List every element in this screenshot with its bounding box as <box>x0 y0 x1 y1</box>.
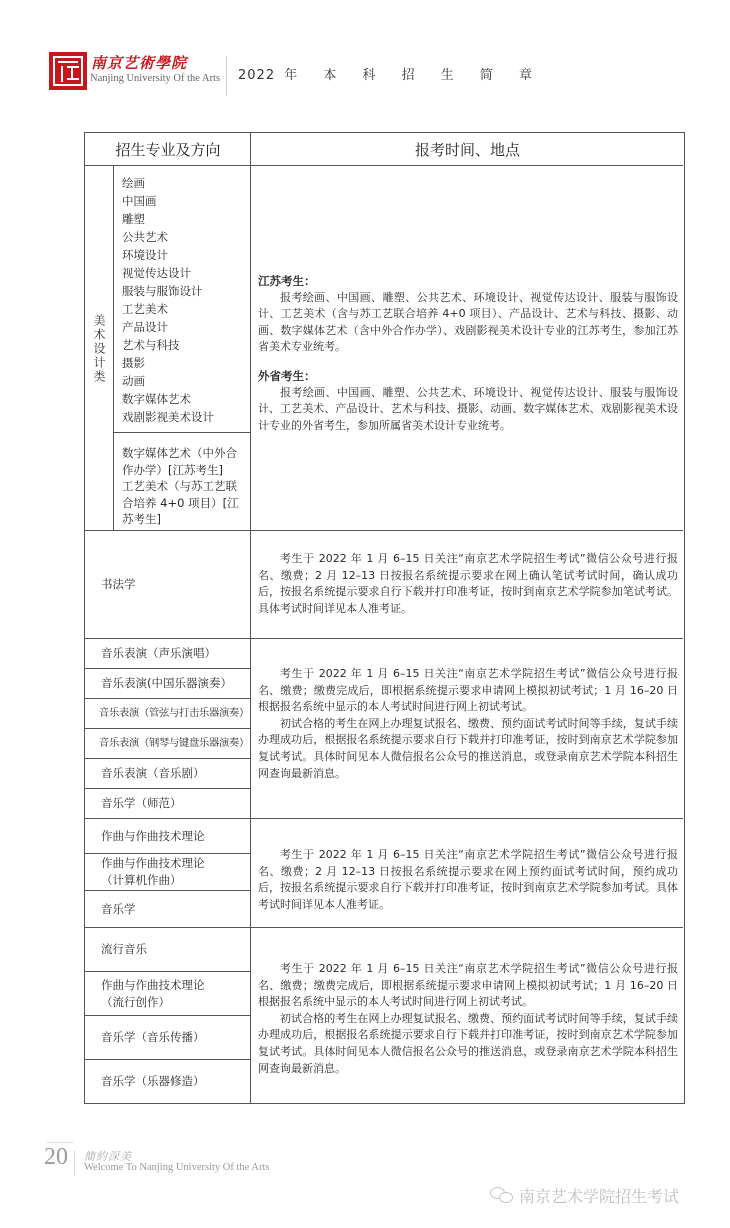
major-music-row: 音乐表演（音乐剧） <box>85 759 205 788</box>
composition-schedule-text: 考生于 2022 年 1 月 6–15 日关注“南京艺术学院招生考试”微信公众号… <box>258 847 678 913</box>
major-music-row: 音乐表演（钢琴与键盘乐器演奏） <box>85 729 249 758</box>
major-item: 产品设计 <box>122 318 248 336</box>
wechat-watermark: 南京艺术学院招生考试 <box>490 1184 679 1207</box>
major-pop-row: 音乐学（乐器修造） <box>85 1060 205 1103</box>
header-divider <box>226 56 227 96</box>
page-header: 南京艺術學院 Nanjing University Of the Arts 20… <box>0 0 730 110</box>
page-number-rule <box>47 1142 73 1143</box>
major-music-row: 音乐表演（声乐演唱） <box>85 639 216 668</box>
major-item: 视觉传达设计 <box>122 264 248 282</box>
major-item: 工艺美术 <box>122 300 248 318</box>
row-divider <box>85 165 683 166</box>
major-music-row: 音乐表演（管弦与打击乐器演奏） <box>85 699 249 728</box>
major-pop-row: 流行音乐 <box>85 928 147 971</box>
major-item: 戏剧影视美术设计 <box>122 408 248 426</box>
major-item: 动画 <box>122 372 248 390</box>
art-schedule-text: 江苏考生： 报考绘画、中国画、雕塑、公共艺术、环境设计、视觉传达设计、服装与服饰… <box>258 273 678 434</box>
footer-divider <box>74 1150 75 1176</box>
row-divider <box>85 530 683 531</box>
major-pop-row: 作曲与作曲技术理论 （流行创作） <box>85 972 205 1015</box>
column-header-schedule: 报考时间、地点 <box>251 133 684 166</box>
major-calligraphy: 书法学 <box>85 531 136 638</box>
major-item: 数字媒体艺术 <box>122 390 248 408</box>
footer-slogan-en: Welcome To Nanjing University Of the Art… <box>84 1162 269 1173</box>
wechat-icon <box>490 1187 514 1205</box>
major-item: 中国画 <box>122 192 248 210</box>
row-divider <box>113 432 250 433</box>
title-text: 年 本 科 招 生 简 章 <box>284 68 541 83</box>
other-province-text: 报考绘画、中国画、雕塑、公共艺术、环境设计、视觉传达设计、服装与服饰设计、工艺美… <box>258 385 678 435</box>
row-divider <box>85 927 683 928</box>
major-pop-row: 音乐学（音乐传播） <box>85 1016 205 1059</box>
major-composition-row: 作曲与作曲技术理论 （计算机作曲） <box>85 854 205 890</box>
art-majors-list: 绘画 中国画 雕塑 公共艺术 环境设计 视觉传达设计 服装与服饰设计 工艺美术 … <box>122 174 248 426</box>
column-divider <box>250 133 251 1103</box>
major-item: 服装与服饰设计 <box>122 282 248 300</box>
major-item: 公共艺术 <box>122 228 248 246</box>
watermark-text: 南京艺术学院招生考试 <box>519 1184 679 1207</box>
university-logo-icon <box>49 52 87 90</box>
art-special-majors: 数字媒体艺术（中外合 作办学）[江苏考生] 工艺美术（与苏工艺联 合培养 4+0… <box>122 445 248 528</box>
major-composition-row: 作曲与作曲技术理论 <box>85 819 205 853</box>
major-item: 环境设计 <box>122 246 248 264</box>
major-item: 摄影 <box>122 354 248 372</box>
major-item: 雕塑 <box>122 210 248 228</box>
major-item: 艺术与科技 <box>122 336 248 354</box>
jiangsu-heading: 江苏考生： <box>258 273 678 290</box>
major-music-row: 音乐表演(中国乐器演奏） <box>85 669 232 698</box>
page-number: 20 <box>44 1144 68 1171</box>
music-performance-schedule-text: 考生于 2022 年 1 月 6–15 日关注“南京艺术学院招生考试”微信公众号… <box>258 666 678 782</box>
other-province-heading: 外省考生： <box>258 368 678 385</box>
page-title: 2022 年 本 科 招 生 简 章 <box>238 64 541 83</box>
logo-english-name: Nanjing University Of the Arts <box>90 73 220 84</box>
calligraphy-schedule-text: 考生于 2022 年 1 月 6–15 日关注“南京艺术学院招生考试”微信公众号… <box>258 551 678 617</box>
admission-schedule-table: 招生专业及方向 报考时间、地点 美术设计类 绘画 中国画 雕塑 公共艺术 环境设… <box>84 132 685 1104</box>
major-music-row: 音乐学（师范） <box>85 789 182 818</box>
logo-chinese-name: 南京艺術學院 <box>91 52 187 73</box>
major-item: 绘画 <box>122 174 248 192</box>
category-label-art-design: 美术设计类 <box>85 166 114 531</box>
major-composition-row: 音乐学 <box>85 891 136 927</box>
title-year: 2022 <box>238 68 275 83</box>
pop-music-schedule-text: 考生于 2022 年 1 月 6–15 日关注“南京艺术学院招生考试”微信公众号… <box>258 961 678 1077</box>
column-header-majors: 招生专业及方向 <box>85 133 251 166</box>
jiangsu-text: 报考绘画、中国画、雕塑、公共艺术、环境设计、视觉传达设计、服装与服饰设计、工艺美… <box>258 290 678 356</box>
